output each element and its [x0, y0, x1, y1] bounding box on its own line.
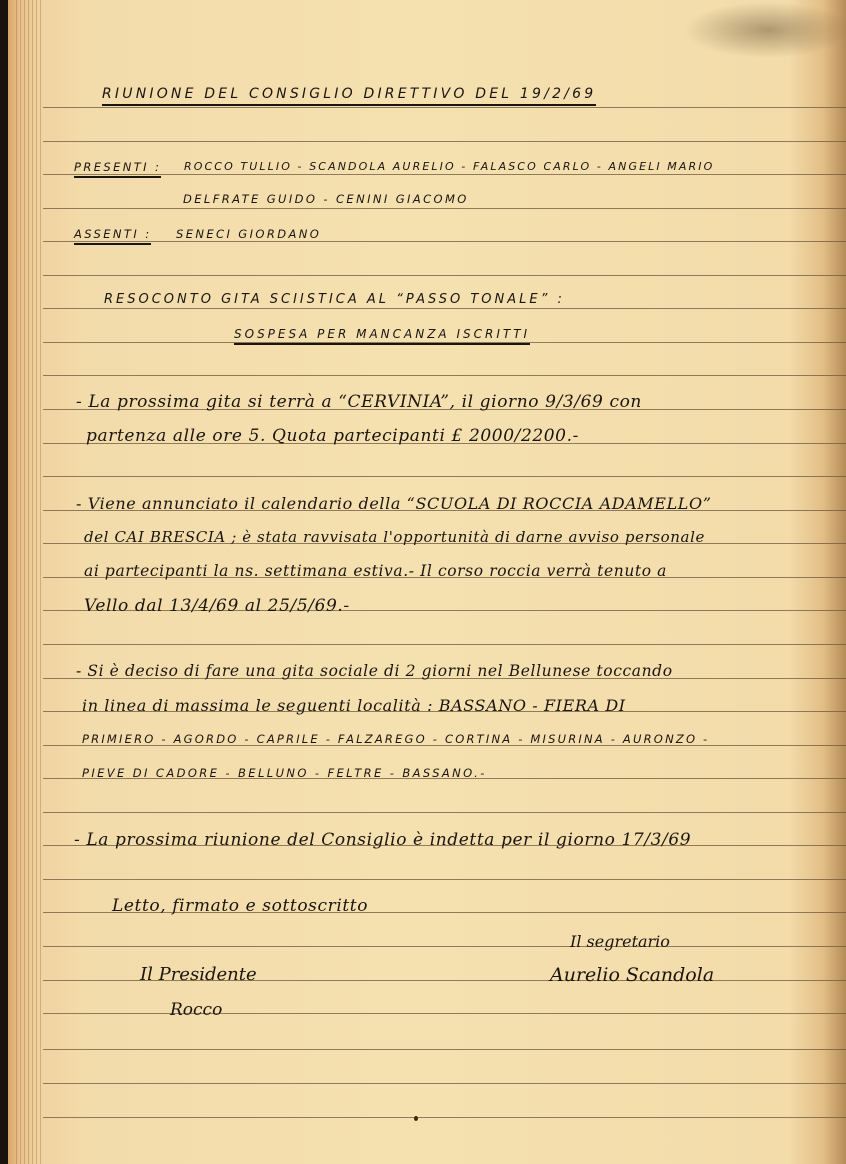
ruled-line — [43, 476, 846, 477]
ruled-line — [43, 141, 846, 142]
resoconto-heading: RESOCONTO GITA SCIISTICA AL “PASSO TONAL… — [104, 292, 565, 307]
paragraph-1-line-1: - La prossima gita si terrà a “CERVINIA”… — [76, 392, 642, 412]
ruled-line — [43, 208, 846, 209]
ruled-line — [43, 812, 846, 813]
presenti-label: PRESENTI : — [74, 160, 161, 178]
ruled-line — [43, 1013, 846, 1014]
ruled-line — [43, 308, 846, 309]
ink-spot — [414, 1116, 418, 1121]
paragraph-2-line-3: ai partecipanti la ns. settimana estiva.… — [84, 562, 667, 580]
presenti-line-1: ROCCO TULLIO - SCANDOLA AURELIO - FALASC… — [184, 160, 714, 173]
ruled-line — [43, 879, 846, 880]
paragraph-3-line-3: PRIMIERO - AGORDO - CAPRILE - FALZAREGO … — [82, 732, 709, 746]
assenti-value: SENECI GIORDANO — [176, 227, 321, 241]
assenti-label: ASSENTI : — [74, 227, 151, 245]
president-signature: Rocco — [170, 1000, 222, 1020]
page-binding-edge — [16, 0, 42, 1164]
page-title: RIUNIONE DEL CONSIGLIO DIRETTIVO DEL 19/… — [102, 86, 596, 106]
ruled-line — [43, 644, 846, 645]
ruled-line — [43, 1049, 846, 1050]
secretary-label: Il segretario — [570, 932, 670, 951]
president-label: Il Presidente — [140, 964, 257, 985]
ruled-line — [43, 946, 846, 947]
ruled-line — [43, 375, 846, 376]
ruled-line — [43, 1083, 846, 1084]
ruled-line — [43, 275, 846, 276]
paragraph-3-line-2: in linea di massima le seguenti località… — [82, 696, 626, 715]
paragraph-4-line-1: - La prossima riunione del Consiglio è i… — [74, 830, 691, 850]
closing-statement: Letto, firmato e sottoscritto — [112, 896, 368, 916]
resoconto-status: SOSPESA PER MANCANZA ISCRITTI — [234, 327, 530, 345]
ruled-line — [43, 1117, 846, 1118]
ruled-line — [43, 107, 846, 108]
ruled-line — [43, 241, 846, 242]
presenti-line-2: DELFRATE GUIDO - CENINI GIACOMO — [183, 192, 469, 206]
paragraph-2-line-2: del CAI BRESCIA ; è stata ravvisata l'op… — [84, 528, 705, 546]
ruled-line — [43, 174, 846, 175]
paragraph-2-line-1: - Viene annunciato il calendario della “… — [76, 494, 712, 513]
paragraph-3-line-1: - Si è deciso di fare una gita sociale d… — [76, 662, 673, 680]
paragraph-1-line-2: partenza alle ore 5. Quota partecipanti … — [86, 426, 579, 446]
paragraph-3-line-4: PIEVE DI CADORE - BELLUNO - FELTRE - BAS… — [82, 766, 487, 780]
secretary-signature: Aurelio Scandola — [550, 964, 714, 986]
paragraph-2-line-4: Vello dal 13/4/69 al 25/5/69.- — [84, 596, 350, 616]
